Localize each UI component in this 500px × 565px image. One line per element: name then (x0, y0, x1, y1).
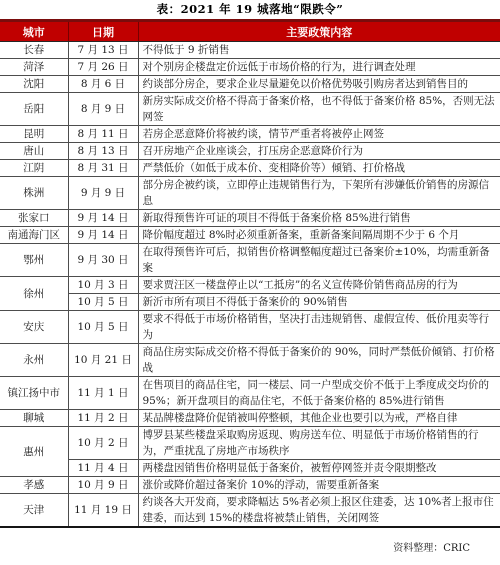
header-cell-city: 城市 (0, 21, 68, 42)
date-cell: 11 月 1 日 (68, 377, 138, 410)
table-row: 南通海门区 9 月 14 日 降价幅度超过 8%时必须重新备案，重新备案间隔周期… (0, 227, 500, 244)
date-cell: 10 月 3 日 (68, 277, 138, 294)
date-cell: 10 月 5 日 (68, 311, 138, 344)
city-cell: 张家口 (0, 210, 68, 227)
header-cell-policy: 主要政策内容 (138, 21, 500, 42)
table-row: 江阴 8 月 31 日 严禁低价（如低于成本价、变相降价等）倾销、打价格战 (0, 160, 500, 177)
city-cell: 岳阳 (0, 93, 68, 126)
date-cell: 10 月 2 日 (68, 427, 138, 460)
table-row: 10 月 5 日 新沂市所有项目不得低于备案价的 90%销售 (0, 294, 500, 311)
city-cell-merged: 惠州 (0, 427, 68, 477)
date-cell: 8 月 13 日 (68, 143, 138, 160)
date-cell: 9 月 14 日 (68, 210, 138, 227)
date-cell: 9 月 30 日 (68, 244, 138, 277)
city-cell: 镇江扬中市 (0, 377, 68, 410)
policy-cell: 约谈各大开发商，要求降幅达 5%者必须上报区住建委，达 10%者上报市住建委，而… (138, 494, 500, 528)
policy-cell: 在取得预售许可后，拟销售价格调整幅度超过已备案价±10%，均需重新备案 (138, 244, 500, 277)
table-row: 鄂州 9 月 30 日 在取得预售许可后，拟销售价格调整幅度超过已备案价±10%… (0, 244, 500, 277)
table-row: 惠州 10 月 2 日 博罗县某些楼盘采取购房返现、购房送车位、明显低于市场价格… (0, 427, 500, 460)
table-row: 天津 11 月 19 日 约谈各大开发商，要求降幅达 5%者必须上报区住建委，达… (0, 494, 500, 528)
policy-cell: 降价幅度超过 8%时必须重新备案，重新备案间隔周期不少于 6 个月 (138, 227, 500, 244)
date-cell: 7 月 13 日 (68, 42, 138, 59)
policy-cell: 在售项目的商品住宅，同一楼层、同一户型成交价不低于上季度成交均价的 95%；新开… (138, 377, 500, 410)
city-cell: 孝感 (0, 477, 68, 494)
city-cell: 鄂州 (0, 244, 68, 277)
header-row: 城市 日期 主要政策内容 (0, 21, 500, 42)
table-row: 镇江扬中市 11 月 1 日 在售项目的商品住宅，同一楼层、同一户型成交价不低于… (0, 377, 500, 410)
table-row: 永州 10 月 21 日 商品住房实际成交价格不得低于备案价的 90%，同时严禁… (0, 344, 500, 377)
date-cell: 10 月 21 日 (68, 344, 138, 377)
policy-cell: 约谈部分房企，要求企业尽量避免以价格优势吸引购房者达到销售目的 (138, 76, 500, 93)
city-cell: 南通海门区 (0, 227, 68, 244)
policy-cell: 召开房地产企业座谈会，打压房企恶意降价行为 (138, 143, 500, 160)
date-cell: 11 月 2 日 (68, 410, 138, 427)
table-row: 孝感 10 月 9 日 涨价或降价超过备案价 10%的浮动，需要重新备案 (0, 477, 500, 494)
policy-cell: 不得低于 9 折销售 (138, 42, 500, 59)
policy-cell: 若房企恶意降价将被约谈，情节严重者将被停止网签 (138, 126, 500, 143)
policy-cell: 涨价或降价超过备案价 10%的浮动，需要重新备案 (138, 477, 500, 494)
date-cell: 8 月 31 日 (68, 160, 138, 177)
date-cell: 8 月 6 日 (68, 76, 138, 93)
date-cell: 8 月 9 日 (68, 93, 138, 126)
report-page: 表：2021 年 19 城落地“限跌令” 城市 日期 主要政策内容 长春 7 月… (0, 0, 500, 565)
policy-cell: 商品住房实际成交价格不得低于备案价的 90%，同时严禁低价倾销、打价格战 (138, 344, 500, 377)
city-cell: 聊城 (0, 410, 68, 427)
policy-cell: 新沂市所有项目不得低于备案价的 90%销售 (138, 294, 500, 311)
policy-cell: 博罗县某些楼盘采取购房返现、购房送车位、明显低于市场价格销售的行为，严重扰乱了房… (138, 427, 500, 460)
policy-cell: 某品牌楼盘降价促销被叫停整顿，其他企业也要引以为戒，严格自律 (138, 410, 500, 427)
table-row: 株洲 9 月 9 日 部分房企被约谈，立即停止违规销售行为，下架所有涉嫌低价销售… (0, 177, 500, 210)
table-row: 沈阳 8 月 6 日 约谈部分房企，要求企业尽量避免以价格优势吸引购房者达到销售… (0, 76, 500, 93)
source-note: 资料整理：CRIC (0, 539, 500, 554)
city-cell: 唐山 (0, 143, 68, 160)
city-cell: 菏泽 (0, 59, 68, 76)
city-cell: 江阴 (0, 160, 68, 177)
table-row: 11 月 4 日 两楼盘因销售价格明显低于备案价，被暂停网签并责令限期整改 (0, 460, 500, 477)
date-cell: 7 月 26 日 (68, 59, 138, 76)
city-cell: 长春 (0, 42, 68, 59)
city-cell: 天津 (0, 494, 68, 528)
table-row: 长春 7 月 13 日 不得低于 9 折销售 (0, 42, 500, 59)
policy-cell: 要求不得低于市场价格销售，坚决打击违规销售、虚假宣传、低价甩卖等行为 (138, 311, 500, 344)
date-cell: 9 月 9 日 (68, 177, 138, 210)
city-cell: 沈阳 (0, 76, 68, 93)
date-cell: 9 月 14 日 (68, 227, 138, 244)
table-row: 唐山 8 月 13 日 召开房地产企业座谈会，打压房企恶意降价行为 (0, 143, 500, 160)
table-row: 菏泽 7 月 26 日 对个别房企楼盘定价远低于市场价格的行为，进行调查处理 (0, 59, 500, 76)
table-row: 昆明 8 月 11 日 若房企恶意降价将被约谈，情节严重者将被停止网签 (0, 126, 500, 143)
city-cell: 株洲 (0, 177, 68, 210)
policy-cell: 新取得预售许可证的项目不得低于备案价格 85%进行销售 (138, 210, 500, 227)
date-cell: 11 月 4 日 (68, 460, 138, 477)
policy-cell: 要求贾汪区一楼盘停止以“工抵房”的名义宣传降价销售商品房的行为 (138, 277, 500, 294)
table-row: 徐州 10 月 3 日 要求贾汪区一楼盘停止以“工抵房”的名义宣传降价销售商品房… (0, 277, 500, 294)
date-cell: 10 月 5 日 (68, 294, 138, 311)
table-row: 聊城 11 月 2 日 某品牌楼盘降价促销被叫停整顿，其他企业也要引以为戒，严格… (0, 410, 500, 427)
date-cell: 11 月 19 日 (68, 494, 138, 528)
date-cell: 10 月 9 日 (68, 477, 138, 494)
policy-table: 城市 日期 主要政策内容 长春 7 月 13 日 不得低于 9 折销售 菏泽 7… (0, 19, 500, 528)
city-cell: 永州 (0, 344, 68, 377)
date-cell: 8 月 11 日 (68, 126, 138, 143)
policy-cell: 部分房企被约谈，立即停止违规销售行为，下架所有涉嫌低价销售的房源信息 (138, 177, 500, 210)
city-cell-merged: 徐州 (0, 277, 68, 311)
table-row: 安庆 10 月 5 日 要求不得低于市场价格销售，坚决打击违规销售、虚假宣传、低… (0, 311, 500, 344)
table-title: 表：2021 年 19 城落地“限跌令” (0, 2, 500, 16)
table-row: 岳阳 8 月 9 日 新房实际成交价格不得高于备案价格，也不得低于备案价格 85… (0, 93, 500, 126)
policy-cell: 对个别房企楼盘定价远低于市场价格的行为，进行调查处理 (138, 59, 500, 76)
policy-cell: 两楼盘因销售价格明显低于备案价，被暂停网签并责令限期整改 (138, 460, 500, 477)
policy-cell: 新房实际成交价格不得高于备案价格，也不得低于备案价格 85%，否则无法网签 (138, 93, 500, 126)
table-row: 张家口 9 月 14 日 新取得预售许可证的项目不得低于备案价格 85%进行销售 (0, 210, 500, 227)
city-cell: 昆明 (0, 126, 68, 143)
policy-cell: 严禁低价（如低于成本价、变相降价等）倾销、打价格战 (138, 160, 500, 177)
city-cell: 安庆 (0, 311, 68, 344)
header-cell-date: 日期 (68, 21, 138, 42)
